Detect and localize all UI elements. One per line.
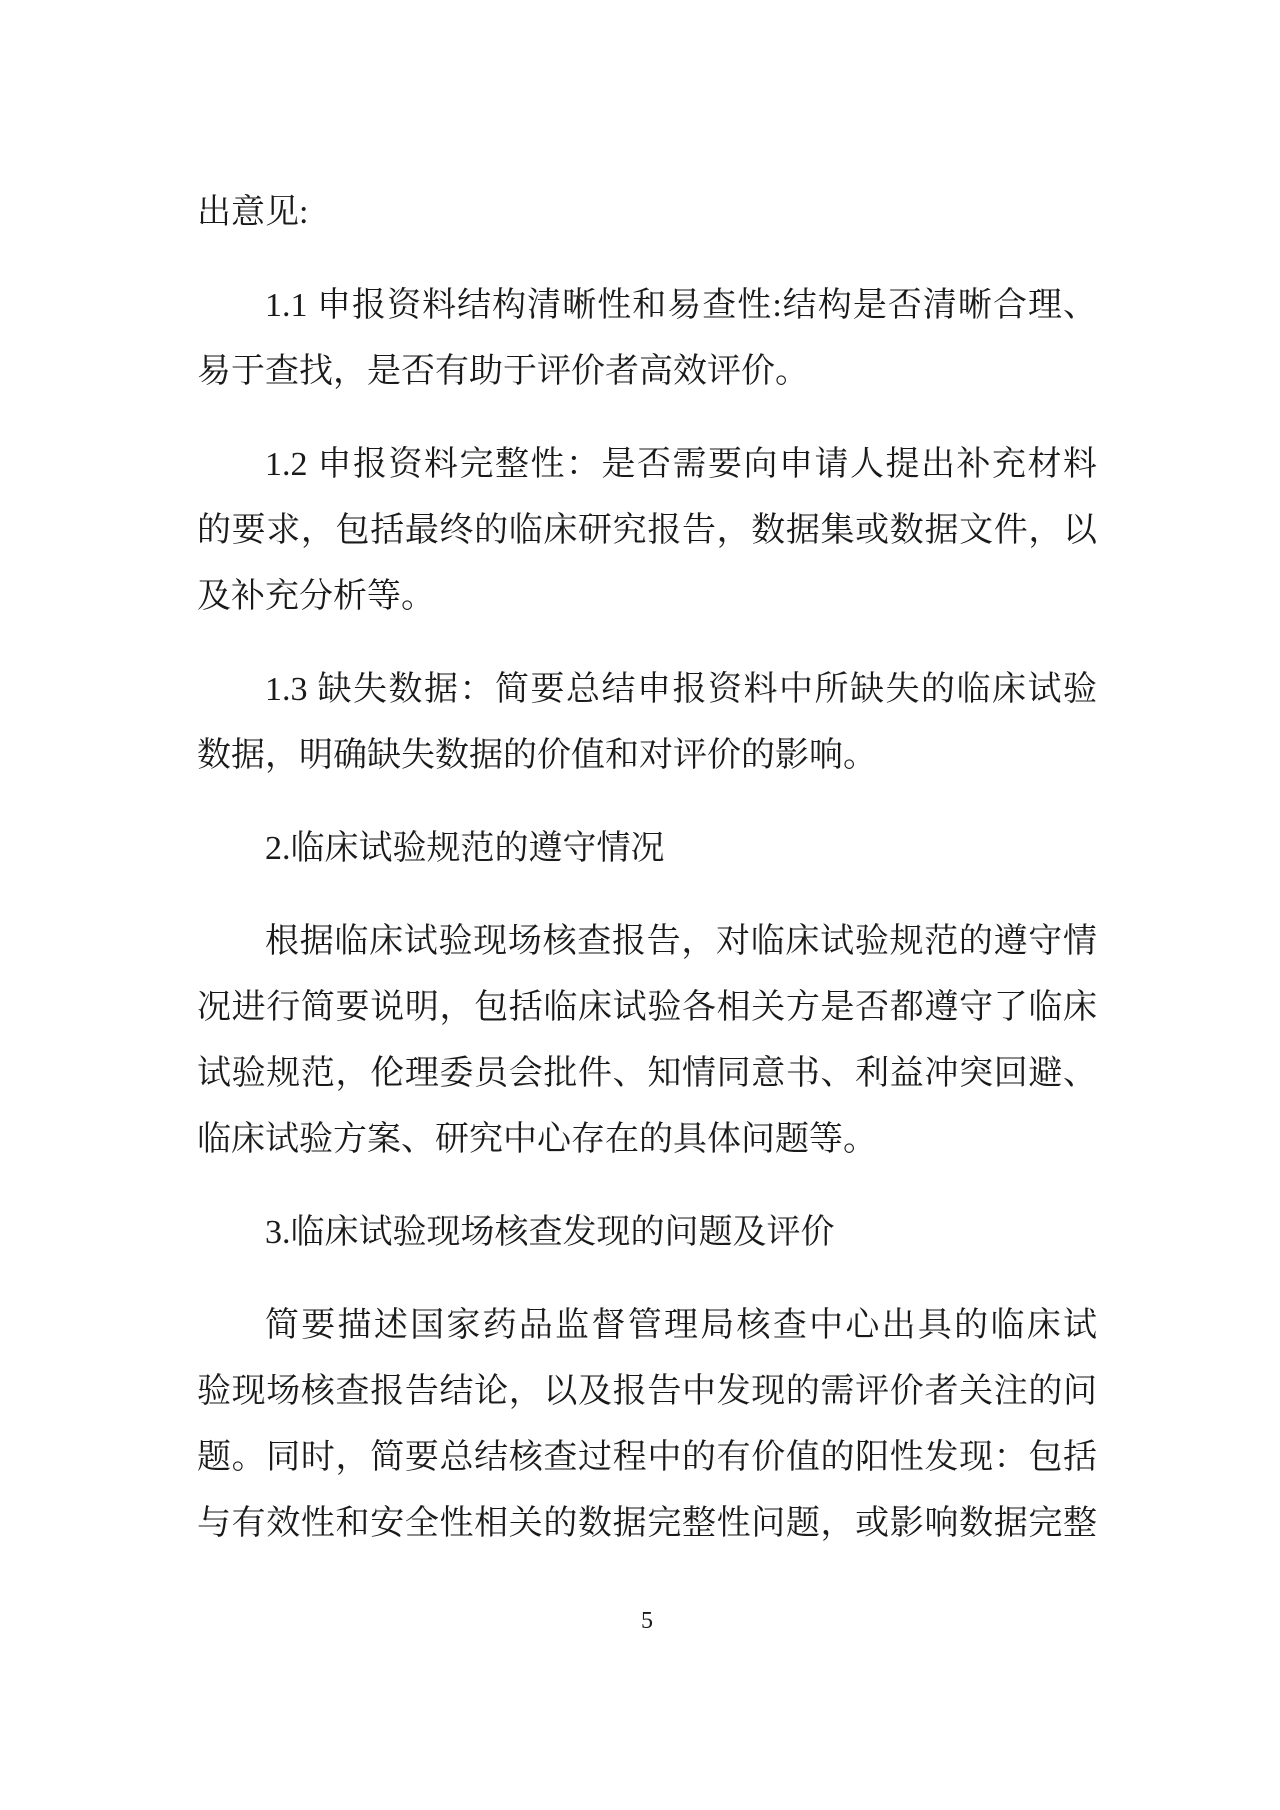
- paragraph-2-body: 根据临床试验现场核查报告，对临床试验规范的遵守情况进行简要说明，包括临床试验各相…: [197, 909, 1097, 1173]
- text-line: 数据，明确缺失数据的价值和对评价的影响。: [197, 723, 1097, 789]
- text-line: 出意见:: [197, 180, 1097, 246]
- text-line: 临床试验方案、研究中心存在的具体问题等。: [197, 1107, 1097, 1173]
- page-number: 5: [641, 1608, 653, 1634]
- document-page: 出意见:1.1 申报资料结构清晰性和易查性:结构是否清晰合理、易于查找，是否有助…: [0, 0, 1280, 1810]
- text-line: 1.2 申报资料完整性：是否需要向申请人提出补充材料: [197, 432, 1097, 498]
- paragraph-continuation: 出意见:: [197, 180, 1097, 246]
- text-line: 况进行简要说明，包括临床试验各相关方是否都遵守了临床: [197, 975, 1097, 1041]
- item-1-1: 1.1 申报资料结构清晰性和易查性:结构是否清晰合理、易于查找，是否有助于评价者…: [197, 273, 1097, 405]
- text-line: 易于查找，是否有助于评价者高效评价。: [197, 339, 1097, 405]
- text-line: 1.1 申报资料结构清晰性和易查性:结构是否清晰合理、: [197, 273, 1097, 339]
- text-line: 验现场核查报告结论，以及报告中发现的需评价者关注的问: [197, 1359, 1097, 1425]
- paragraph-3-body: 简要描述国家药品监督管理局核查中心出具的临床试验现场核查报告结论，以及报告中发现…: [197, 1293, 1097, 1557]
- text-line: 根据临床试验现场核查报告，对临床试验规范的遵守情: [197, 909, 1097, 975]
- heading-2: 2.临床试验规范的遵守情况: [197, 816, 1097, 882]
- text-line: 的要求，包括最终的临床研究报告，数据集或数据文件，以: [197, 498, 1097, 564]
- item-1-2: 1.2 申报资料完整性：是否需要向申请人提出补充材料的要求，包括最终的临床研究报…: [197, 432, 1097, 630]
- document-body: 出意见:1.1 申报资料结构清晰性和易查性:结构是否清晰合理、易于查找，是否有助…: [197, 180, 1097, 1557]
- heading-3: 3.临床试验现场核查发现的问题及评价: [197, 1200, 1097, 1266]
- item-1-3: 1.3 缺失数据：简要总结申报资料中所缺失的临床试验数据，明确缺失数据的价值和对…: [197, 657, 1097, 789]
- text-line: 2.临床试验规范的遵守情况: [197, 816, 1097, 882]
- text-line: 3.临床试验现场核查发现的问题及评价: [197, 1200, 1097, 1266]
- page-footer: 5: [197, 1596, 1097, 1646]
- text-line: 与有效性和安全性相关的数据完整性问题，或影响数据完整: [197, 1491, 1097, 1557]
- text-line: 试验规范，伦理委员会批件、知情同意书、利益冲突回避、: [197, 1041, 1097, 1107]
- text-line: 及补充分析等。: [197, 564, 1097, 630]
- text-line: 1.3 缺失数据：简要总结申报资料中所缺失的临床试验: [197, 657, 1097, 723]
- text-line: 简要描述国家药品监督管理局核查中心出具的临床试: [197, 1293, 1097, 1359]
- text-line: 题。同时，简要总结核查过程中的有价值的阳性发现：包括: [197, 1425, 1097, 1491]
